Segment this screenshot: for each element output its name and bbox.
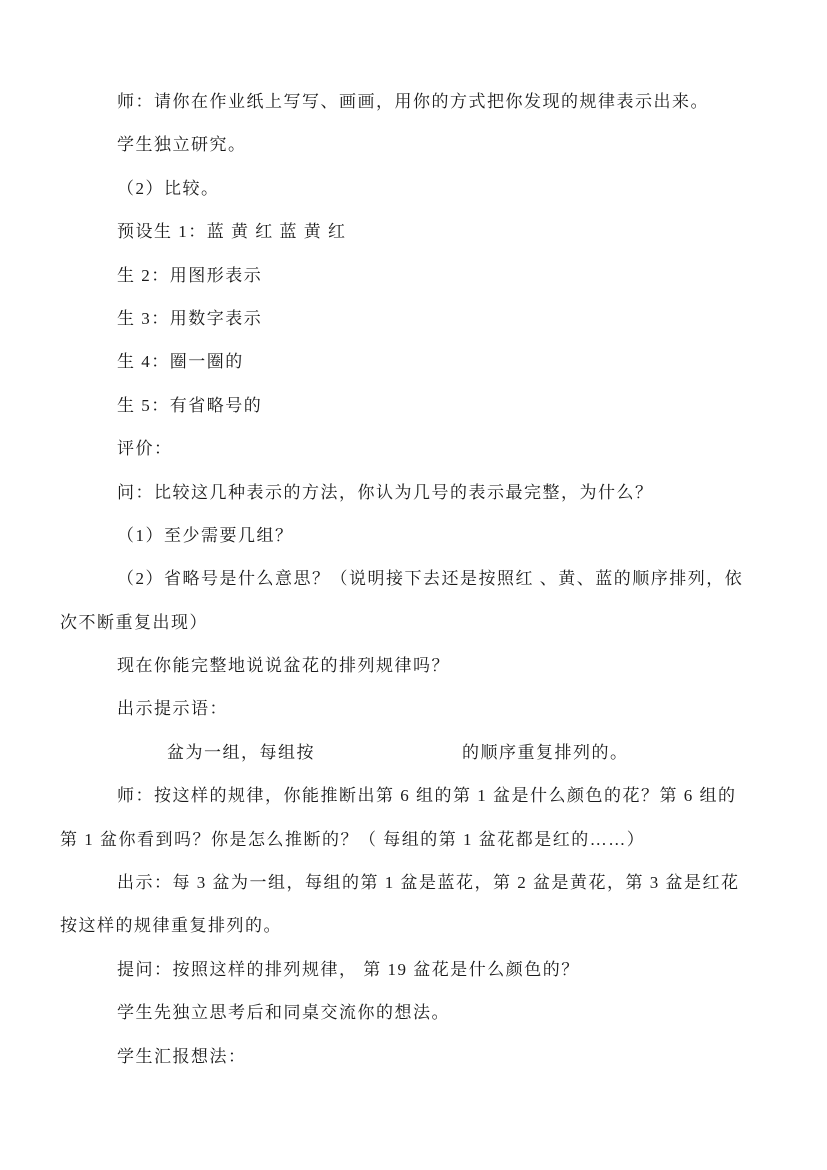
- document-body: 师：请你在作业纸上写写、画画，用你的方式把你发现的规律表示出来。 学生独立研究。…: [60, 80, 767, 1078]
- paragraph-line: 评价：: [117, 427, 767, 470]
- paragraph-line: 生 5：有省略号的: [117, 384, 767, 427]
- paragraph-line: 问：比较这几种表示的方法，你认为几号的表示最完整，为什么？: [117, 471, 767, 514]
- paragraph-continuation-line: 次不断重复出现）: [60, 601, 767, 644]
- paragraph-continuation-line: 第 1 盆你看到吗？你是怎么推断的？（ 每组的第 1 盆花都是红的……）: [60, 818, 767, 861]
- paragraph-line: 出示提示语：: [117, 687, 767, 730]
- paragraph-line: 师：请你在作业纸上写写、画画，用你的方式把你发现的规律表示出来。: [117, 80, 767, 123]
- document-page: 师：请你在作业纸上写写、画画，用你的方式把你发现的规律表示出来。 学生独立研究。…: [0, 0, 827, 1170]
- paragraph-line: 现在你能完整地说说盆花的排列规律吗？: [117, 644, 767, 687]
- paragraph-line: 生 4：圈一圈的: [117, 340, 767, 383]
- paragraph-line: 生 3：用数字表示: [117, 297, 767, 340]
- paragraph-line: （2）省略号是什么意思？（说明接下去还是按照红 、黄、蓝的顺序排列，依: [117, 557, 767, 600]
- paragraph-line: 学生汇报想法：: [117, 1035, 767, 1078]
- paragraph-line: 生 2：用图形表示: [117, 254, 767, 297]
- paragraph-line: 学生独立研究。: [117, 123, 767, 166]
- paragraph-line: 出示：每 3 盆为一组，每组的第 1 盆是蓝花，第 2 盆是黄花，第 3 盆是红…: [117, 861, 767, 904]
- paragraph-line: 预设生 1：蓝 黄 红 蓝 黄 红: [117, 210, 767, 253]
- fill-blank-suffix: 的顺序重复排列的。: [462, 743, 629, 762]
- paragraph-continuation-line: 按这样的规律重复排列的。: [60, 904, 767, 947]
- paragraph-line: 师：按这样的规律，你能推断出第 6 组的第 1 盆是什么颜色的花？第 6 组的: [117, 774, 767, 817]
- fill-in-blank-line: 盆为一组，每组按的顺序重复排列的。: [167, 731, 767, 774]
- paragraph-line: 提问：按照这样的排列规律， 第 19 盆花是什么颜色的？: [117, 948, 767, 991]
- fill-blank-prefix: 盆为一组，每组按: [167, 743, 315, 762]
- fill-in-blank-space: [315, 757, 462, 758]
- paragraph-line: （2）比较。: [117, 167, 767, 210]
- paragraph-line: 学生先独立思考后和同桌交流你的想法。: [117, 991, 767, 1034]
- paragraph-line: （1）至少需要几组？: [117, 514, 767, 557]
